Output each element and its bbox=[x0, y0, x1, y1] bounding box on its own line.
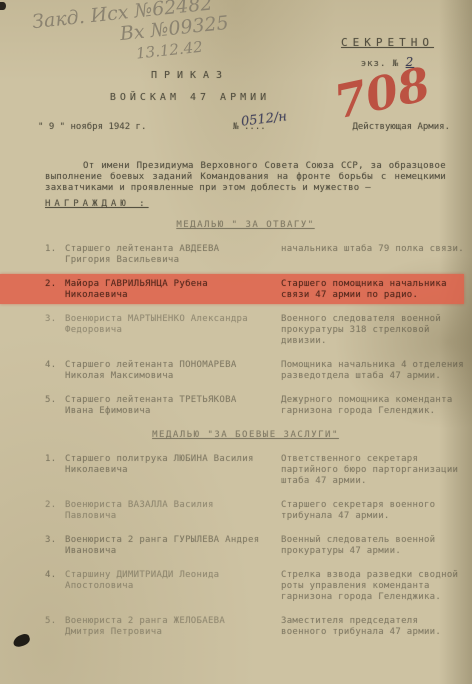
awardee-position: Старшего секретаря военного трибунала 47… bbox=[281, 500, 469, 522]
awardee-name: Старшего политрука ЛЮБИНА Василия Никола… bbox=[65, 454, 281, 487]
award-row: 4. Старшего лейтенанта ПОНОМАРЕВА Никола… bbox=[45, 360, 446, 382]
awardee-name: Военюриста 2 ранга ЖЕЛОБАЕВА Дмитрия Пет… bbox=[65, 616, 281, 638]
preamble-text: От имени Президиума Верховного Совета Со… bbox=[45, 161, 446, 194]
order-body: От имени Президиума Верховного Совета Со… bbox=[45, 161, 446, 651]
date-row: " 9 " ноября 1942 г. № .... 0512/н Дейст… bbox=[38, 122, 450, 132]
row-number: 3. bbox=[45, 314, 65, 347]
row-number: 5. bbox=[45, 395, 65, 417]
award-row: 5. Военюриста 2 ранга ЖЕЛОБАЕВА Дмитрия … bbox=[45, 616, 446, 638]
row-number: 4. bbox=[45, 570, 65, 603]
awardee-name: Старшего лейтенанта АВДЕЕВА Григория Вас… bbox=[65, 244, 281, 266]
awardee-position: Заместителя председателя военного трибун… bbox=[281, 616, 469, 638]
ink-blot bbox=[12, 633, 32, 649]
order-number: № .... 0512/н bbox=[233, 122, 266, 132]
awardee-name: Военюриста 2 ранга ГУРЫЛЕВА Андрея Ивано… bbox=[65, 535, 281, 557]
awardee-position: Стрелка взвода разведки сводной роты упр… bbox=[281, 570, 469, 603]
row-number: 4. bbox=[45, 360, 65, 382]
scanned-order-page: Закд. Исх №62482 Вх №09325 13.12.42 СЕКР… bbox=[0, 0, 472, 684]
row-number: 5. bbox=[45, 616, 65, 638]
order-number-value: 0512/н bbox=[240, 109, 288, 129]
award-row: 1. Старшего лейтенанта АВДЕЕВА Григория … bbox=[45, 244, 446, 266]
handwritten-registration-note: Закд. Исх №62482 Вх №09325 13.12.42 bbox=[31, 0, 232, 75]
award-row: 4. Старшину ДИМИТРИАДИ Леонида Апостолов… bbox=[45, 570, 446, 603]
award-row: 2. Военюриста ВАЗАЛЛА Василия Павловича … bbox=[45, 500, 446, 522]
award-row: 3. Военюриста 2 ранга ГУРЫЛЕВА Андрея Ив… bbox=[45, 535, 446, 557]
award-row: 5. Старшего лейтенанта ТРЕТЬЯКОВА Ивана … bbox=[45, 395, 446, 417]
awardee-name: Майора ГАВРИЛЬЯНЦА Рубена Николаевича bbox=[65, 279, 281, 301]
award-list-za-otvagu: 1. Старшего лейтенанта АВДЕЕВА Григория … bbox=[45, 244, 446, 417]
awardee-name: Военюриста МАРТЫНЕНКО Александра Федоров… bbox=[65, 314, 281, 347]
awardee-position: Дежурного помощника коменданта гарнизона… bbox=[281, 395, 469, 417]
order-date: " 9 " ноября 1942 г. bbox=[38, 122, 146, 132]
award-row-highlighted: 2. Майора ГАВРИЛЬЯНЦА Рубена Николаевича… bbox=[45, 279, 446, 301]
awardee-position: Военный следователь военной прокуратуры … bbox=[281, 535, 469, 557]
awardee-name: Старшего лейтенанта ТРЕТЬЯКОВА Ивана Ефи… bbox=[65, 395, 281, 417]
row-number: 1. bbox=[45, 454, 65, 487]
section-heading-za-otvagu: МЕДАЛЬЮ " ЗА ОТВАГУ" bbox=[45, 220, 446, 231]
issuing-location: Действующая Армия. bbox=[352, 122, 450, 132]
awardee-name: Старшину ДИМИТРИАДИ Леонида Апостоловича bbox=[65, 570, 281, 603]
awardee-name: Военюриста ВАЗАЛЛА Василия Павловича bbox=[65, 500, 281, 522]
row-number: 2. bbox=[45, 500, 65, 522]
award-row: 1. Старшего политрука ЛЮБИНА Василия Ник… bbox=[45, 454, 446, 487]
paper-speck bbox=[0, 2, 6, 10]
awardee-position: Старшего помощника начальника связи 47 а… bbox=[281, 279, 469, 301]
secret-stamp: СЕКРЕТНО bbox=[341, 36, 434, 49]
order-title: ПРИКАЗ bbox=[0, 70, 380, 81]
awardee-position: Помощника начальника 4 отделения разведо… bbox=[281, 360, 469, 382]
awardee-position: начальника штаба 79 полка связи. bbox=[281, 244, 469, 266]
order-subtitle: ВОЙСКАМ 47 АРМИИ bbox=[0, 92, 380, 103]
awardee-name: Старшего лейтенанта ПОНОМАРЕВА Николая М… bbox=[65, 360, 281, 382]
row-number: 3. bbox=[45, 535, 65, 557]
row-number: 1. bbox=[45, 244, 65, 266]
award-list-za-boevye-zaslugi: 1. Старшего политрука ЛЮБИНА Василия Ник… bbox=[45, 454, 446, 638]
section-heading-za-boevye-zaslugi: МЕДАЛЬЮ "ЗА БОЕВЫЕ ЗАСЛУГИ" bbox=[45, 430, 446, 441]
award-word: НАГРАЖДАЮ : bbox=[45, 199, 446, 210]
row-number: 2. bbox=[45, 279, 65, 301]
awardee-position: Военного следователя военной прокуратуры… bbox=[281, 314, 469, 347]
awardee-position: Ответственного секретаря партийного бюро… bbox=[281, 454, 469, 487]
award-row: 3. Военюриста МАРТЫНЕНКО Александра Федо… bbox=[45, 314, 446, 347]
